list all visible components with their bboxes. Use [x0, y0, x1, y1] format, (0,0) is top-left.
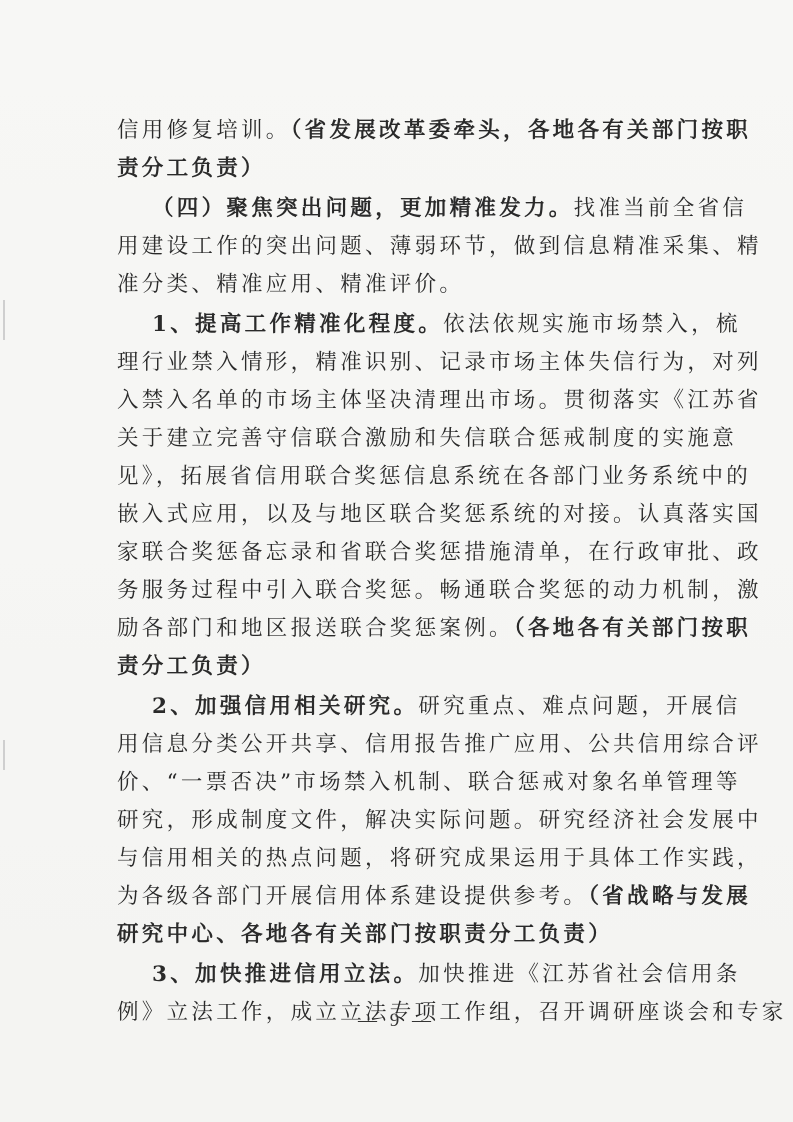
text-line: 研究中心、各地各有关部门按职责分工负责）	[117, 916, 662, 953]
text-line: 信用修复培训。（省发展改革委牵头，各地各有关部门按职	[117, 112, 662, 149]
bold-text-segment: 责分工负责）	[117, 156, 266, 181]
text-segment: 关于建立完善守信联合激励和失信联合惩戒制度的实施意	[117, 426, 737, 451]
text-line: 理行业禁入情形，精准识别、记录市场主体失信行为，对列	[117, 344, 662, 381]
bold-text-segment: （省战略与发展	[588, 884, 751, 909]
text-segment: 为各级各部门开展信用体系建设提供参考。	[117, 884, 588, 909]
text-segment: 嵌入式应用，以及与地区联合奖惩系统的对接。认真落实国	[117, 502, 762, 527]
paragraph-first-line: （四）聚焦突出问题，更加精准发力。找准当前全省信	[152, 190, 662, 227]
paragraph-first-line: 3、加快推进信用立法。加快推进《江苏省社会信用条	[152, 956, 662, 993]
text-line: 责分工负责）	[117, 648, 662, 685]
text-segment: 用信息分类公开共享、信用报告推广应用、公共信用综合评	[117, 732, 762, 757]
text-line: 家联合奖惩备忘录和省联合奖惩措施清单，在行政审批、政	[117, 534, 662, 571]
text-segment: 加快推进《江苏省社会信用条	[418, 962, 740, 987]
text-segment: 理行业禁入情形，精准识别、记录市场主体失信行为，对列	[117, 350, 762, 375]
text-line: 见》，拓展省信用联合奖惩信息系统在各部门业务系统中的	[117, 458, 662, 495]
text-line: 用建设工作的突出问题、薄弱环节，做到信息精准采集、精	[117, 228, 662, 265]
text-line: 关于建立完善守信联合激励和失信联合惩戒制度的实施意	[117, 420, 662, 457]
text-line: 价、“一票否决”市场禁入机制、联合惩戒对象名单管理等	[117, 764, 662, 801]
bold-text-segment: 2、加强信用相关研究。	[152, 694, 418, 719]
bold-text-segment: 3、加快推进信用立法。	[152, 962, 418, 987]
text-segment: 信用修复培训。	[117, 118, 291, 143]
text-line: 研究，形成制度文件，解决实际问题。研究经济社会发展中	[117, 802, 662, 839]
bold-text-segment: （省发展改革委牵头，各地各有关部门按职	[291, 118, 751, 143]
text-segment: 依法依规实施市场禁入，梳	[443, 312, 741, 337]
text-segment: 找准当前全省信	[574, 196, 748, 221]
text-line: 嵌入式应用，以及与地区联合奖惩系统的对接。认真落实国	[117, 496, 662, 533]
text-segment: 励各部门和地区报送联合奖惩案例。	[117, 616, 514, 641]
text-segment: 研究重点、难点问题，开展信	[418, 694, 740, 719]
bold-text-segment: 研究中心、各地各有关部门按职责分工负责）	[117, 922, 613, 947]
text-line: 准分类、精准应用、精准评价。	[117, 266, 662, 303]
bold-text-segment: 1、提高工作精准化程度。	[152, 312, 443, 337]
text-segment: 用建设工作的突出问题、薄弱环节，做到信息精准采集、精	[117, 234, 762, 259]
bold-text-segment: （四）聚焦突出问题，更加精准发力。	[152, 196, 574, 221]
text-line: 务服务过程中引入联合奖惩。畅通联合奖惩的动力机制，激	[117, 572, 662, 609]
text-segment: 准分类、精准应用、精准评价。	[117, 272, 464, 297]
paragraph-first-line: 2、加强信用相关研究。研究重点、难点问题，开展信	[152, 688, 662, 725]
page-number: — 9 —	[0, 1010, 793, 1032]
text-segment: 家联合奖惩备忘录和省联合奖惩措施清单，在行政审批、政	[117, 540, 762, 565]
text-segment: 价、“一票否决”市场禁入机制、联合惩戒对象名单管理等	[117, 770, 741, 795]
bold-text-segment: （各地各有关部门按职	[514, 616, 751, 641]
text-line: 为各级各部门开展信用体系建设提供参考。（省战略与发展	[117, 878, 662, 915]
text-segment: 务服务过程中引入联合奖惩。畅通联合奖惩的动力机制，激	[117, 578, 762, 603]
text-line: 与信用相关的热点问题，将研究成果运用于具体工作实践，	[117, 840, 662, 877]
text-line: 责分工负责）	[117, 150, 662, 187]
text-segment: 与信用相关的热点问题，将研究成果运用于具体工作实践，	[117, 846, 762, 871]
bold-text-segment: 责分工负责）	[117, 654, 266, 679]
text-segment: 研究，形成制度文件，解决实际问题。研究经济社会发展中	[117, 808, 762, 833]
text-line: 励各部门和地区报送联合奖惩案例。（各地各有关部门按职	[117, 610, 662, 647]
document-page: 信用修复培训。（省发展改革委牵头，各地各有关部门按职责分工负责）（四）聚焦突出问…	[0, 0, 793, 1122]
text-segment: 见》，拓展省信用联合奖惩信息系统在各部门业务系统中的	[117, 464, 751, 489]
scan-edge-mark	[3, 300, 5, 340]
paragraph-first-line: 1、提高工作精准化程度。依法依规实施市场禁入，梳	[152, 306, 662, 343]
text-line: 入禁入名单的市场主体坚决清理出市场。贯彻落实《江苏省	[117, 382, 662, 419]
scan-edge-mark	[3, 740, 5, 770]
text-segment: 入禁入名单的市场主体坚决清理出市场。贯彻落实《江苏省	[117, 388, 762, 413]
text-line: 用信息分类公开共享、信用报告推广应用、公共信用综合评	[117, 726, 662, 763]
